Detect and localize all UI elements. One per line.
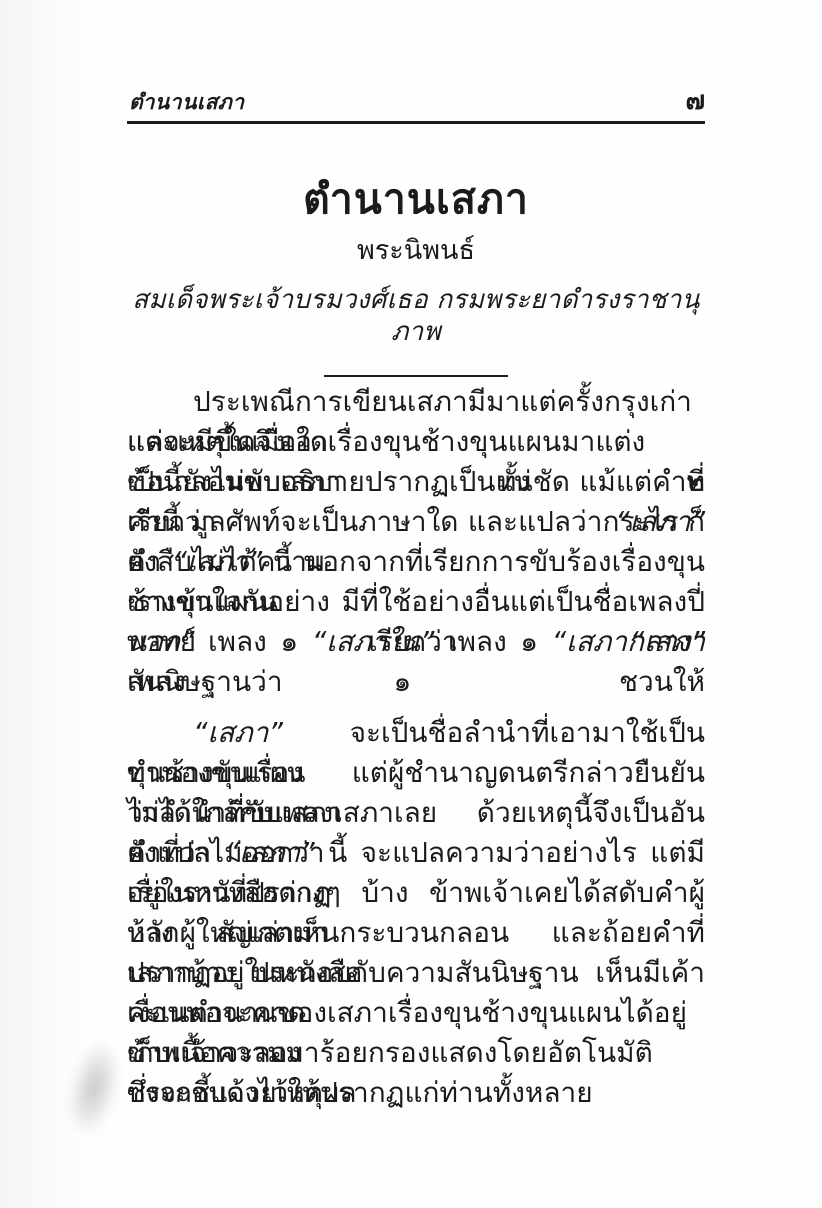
text-line: ไม่ได้ใกล้กับเพลงเสภาเลย ด้วยเหตุนี้จึงเ… — [127, 793, 705, 833]
header-rule — [127, 121, 705, 124]
page-number: ๗ — [685, 80, 705, 121]
text-line: เก็บเนื้อความมาร้อยกรองแสดงโดยอัตโนมัติ … — [127, 1033, 705, 1073]
paragraph: “เสภา” จะเป็นชื่อลำนำที่เอามาใช้เป็นทำนอ… — [127, 713, 705, 1113]
text-line: คำนี้ มูลศัพท์จะเป็นภาษาใด และแปลว่ากระไ… — [127, 502, 705, 542]
text-line: บ้าง สังเกตเห็นกระบวนกลอน และถ้อยคำที่ปร… — [127, 913, 705, 953]
text-line: คำที่ว่า “เสภา” นี้ จะแปลความว่าอย่างไร … — [127, 833, 705, 873]
paragraph: ประเพณีการเขียนเสภามีมาแต่ครั้งกรุงเก่า … — [127, 382, 705, 702]
title-block: ตำนานเสภา พระนิพนธ์ สมเด็จพระเจ้าบรมวงศ์… — [127, 176, 705, 377]
chapter-title: ตำนานเสภา — [127, 176, 705, 222]
text-line: อยู่ในหนังสือต่างๆ บ้าง ข้าพเจ้าเคยได้สด… — [127, 873, 705, 913]
text-line: นอก” เพลง ๑ “เสภาใน” เพลง ๑ “เสภากลาง” เ… — [127, 622, 705, 662]
text-line: เสภาบ้าง ประกอบกับความสันนิษฐาน เห็นมีเค… — [127, 953, 705, 993]
text-line: และเหตุใดจึงเอาเรื่องขุนช้างขุนแผนมาแต่ง… — [127, 422, 705, 462]
text-line: ประเพณีการเขียนเสภามีมาแต่ครั้งกรุงเก่า … — [127, 382, 705, 422]
text-line: ขุนช้างขุนแผน แต่ผู้ชำนาญดนตรีกล่าวยืนยั… — [127, 753, 705, 793]
scan-smudge — [59, 1034, 130, 1143]
body-text: ประเพณีการเขียนเสภามีมาแต่ครั้งกรุงเก่า … — [127, 382, 705, 1113]
text-line: “เสภา” จะเป็นชื่อลำนำที่เอามาใช้เป็นทำนอ… — [127, 713, 705, 753]
text-line: ข้อนี้ยังไม่พบอธิบายปรากฏเป็นแน่ชัด แม้แ… — [127, 462, 705, 502]
text-line: ซึ่งจะชี้แจงไว้ให้ปรากฏแก่ท่านทั้งหลาย — [127, 1073, 705, 1113]
scanned-book-page: { "header": { "running_title": "ตำนานเสภ… — [0, 0, 822, 1208]
author-line: สมเด็จพระเจ้าบรมวงศ์เธอ กรมพระยาดำรงราชา… — [127, 284, 705, 348]
scan-edge-shading — [0, 0, 90, 1208]
text-line: เราเข้าใจกัน มีที่ใช้อย่างอื่นแต่เป็นชื่… — [127, 582, 705, 622]
text-line: คะเนตำนานของเสภาเรื่องขุนช้างขุนแผนได้อย… — [127, 993, 705, 1033]
text-line: คำ “เสภา” นี้ นอกจากที่เรียกการขับร้องเร… — [127, 542, 705, 582]
running-title: ตำนานเสภา — [129, 86, 245, 119]
subtitle: พระนิพนธ์ — [127, 235, 705, 267]
title-divider — [324, 375, 508, 377]
